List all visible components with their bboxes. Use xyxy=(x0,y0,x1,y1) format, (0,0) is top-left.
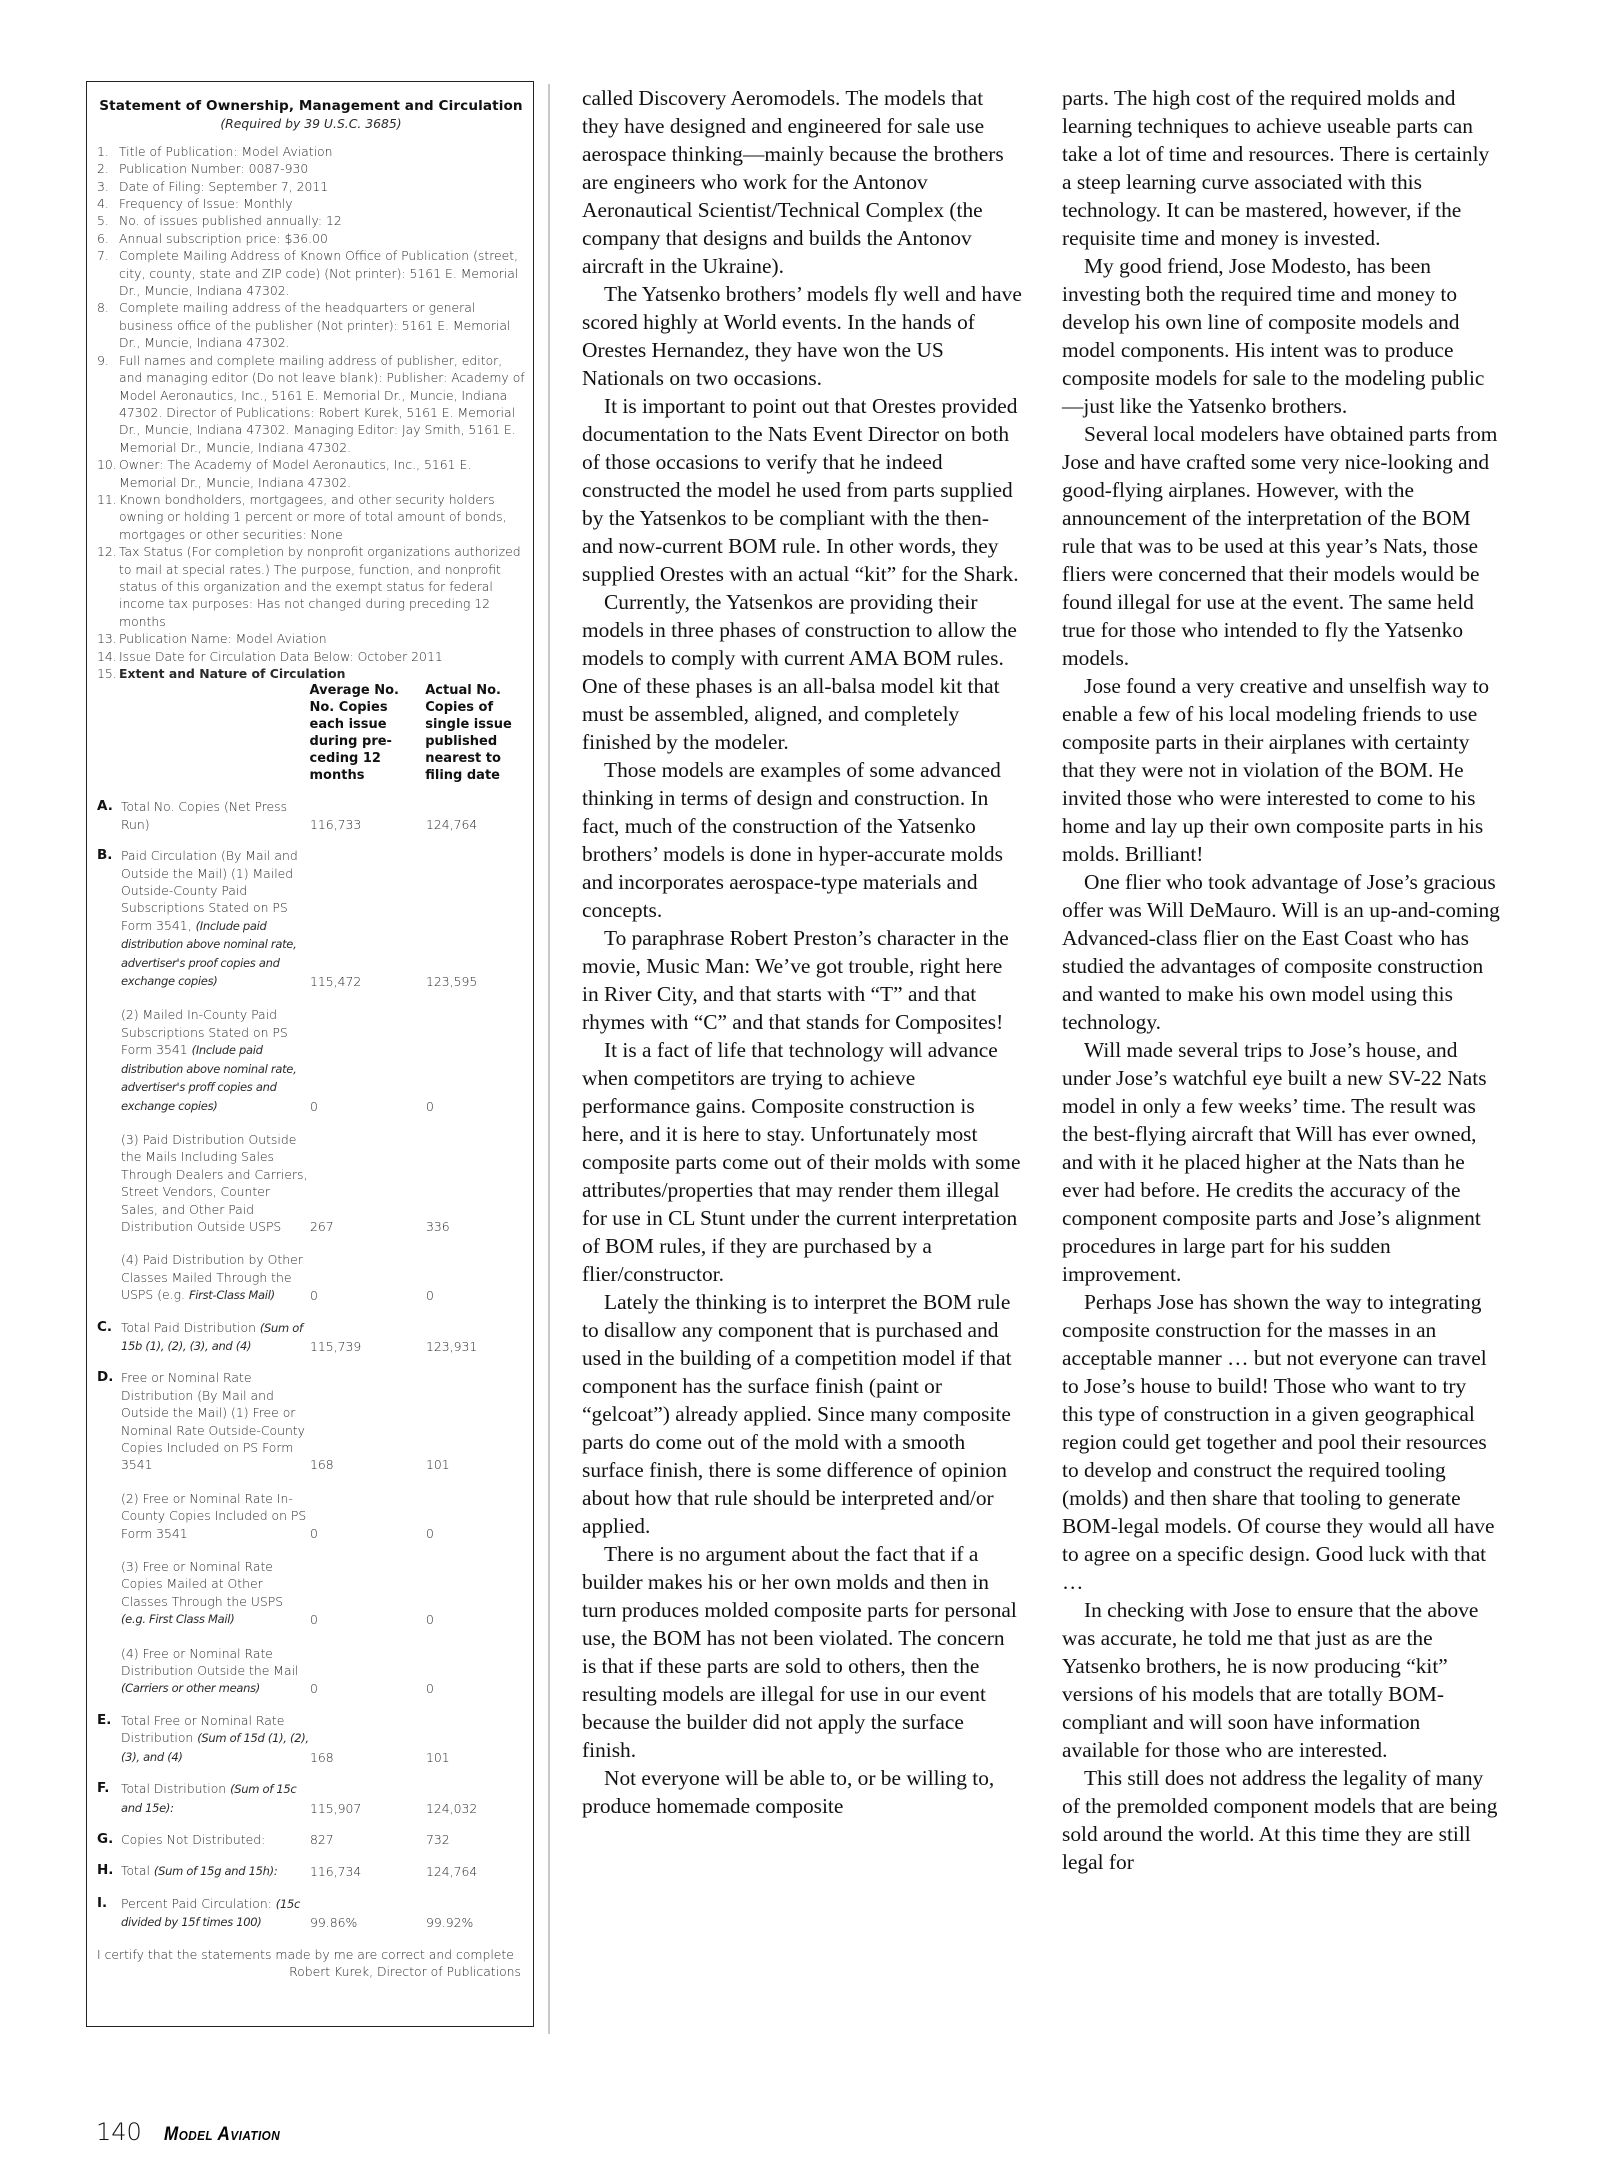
item-text: Issue Date for Circulation Data Below: O… xyxy=(119,648,525,665)
row-label-text: Total xyxy=(121,1863,150,1878)
article-paragraph: Not everyone will be able to, or be will… xyxy=(582,1764,1022,1820)
row-letter: D. xyxy=(97,1369,121,1386)
item-number: 12. xyxy=(97,543,119,630)
article-paragraph: The Yatsenko brothers’ models fly well a… xyxy=(582,280,1022,392)
column-divider xyxy=(548,84,550,2034)
item-text: Date of Filing: September 7, 2011 xyxy=(119,178,525,195)
statement-item: 3.Date of Filing: September 7, 2011 xyxy=(97,178,525,195)
article-paragraph: It is a fact of life that technology wil… xyxy=(582,1036,1022,1288)
row-letter: E. xyxy=(97,1712,121,1729)
actual-copies-header: Actual No. Copies of single issue publis… xyxy=(425,682,525,784)
row-label: (3) Free or Nominal Rate Copies Mailed a… xyxy=(121,1558,310,1629)
actual-copies-value: 101 xyxy=(426,1456,526,1473)
row-label-text: (2) Free or Nominal Rate In-County Copie… xyxy=(121,1491,306,1541)
row-note: First-Class Mail) xyxy=(189,1288,275,1302)
statement-item: 10.Owner: The Academy of Model Aeronauti… xyxy=(97,456,525,491)
row-label-text: Total No. Copies (Net Press Run) xyxy=(121,799,287,831)
row-label-text: (4) Free or Nominal Rate Distribution Ou… xyxy=(121,1646,298,1678)
item-number: 15. xyxy=(97,665,119,682)
actual-copies-value: 124,764 xyxy=(426,816,526,833)
avg-copies-value: 115,907 xyxy=(310,1800,426,1817)
item-number: 7. xyxy=(97,247,119,299)
avg-copies-value: 115,739 xyxy=(310,1338,426,1355)
circulation-row: C.Total Paid Distribution (Sum of 15b (1… xyxy=(97,1319,525,1356)
article-paragraph: Lately the thinking is to interpret the … xyxy=(582,1288,1022,1540)
statement-item: 13.Publication Name: Model Aviation xyxy=(97,630,525,647)
item-number: 6. xyxy=(97,230,119,247)
statement-item: 15.Extent and Nature of Circulation xyxy=(97,665,525,682)
row-label: Total Distribution (Sum of 15c and 15e): xyxy=(121,1780,310,1817)
circulation-row: (3) Paid Distribution Outside the Mails … xyxy=(97,1131,525,1235)
circulation-row: (3) Free or Nominal Rate Copies Mailed a… xyxy=(97,1558,525,1629)
statement-item: 7.Complete Mailing Address of Known Offi… xyxy=(97,247,525,299)
actual-copies-value: 0 xyxy=(426,1525,526,1542)
row-label: (2) Free or Nominal Rate In-County Copie… xyxy=(121,1490,310,1542)
statement-title: Statement of Ownership, Management and C… xyxy=(97,98,525,115)
statement-item: 1.Title of Publication: Model Aviation xyxy=(97,143,525,160)
item-text: Annual subscription price: $36.00 xyxy=(119,230,525,247)
article-paragraph: Perhaps Jose has shown the way to integr… xyxy=(1062,1288,1502,1596)
row-label: Free or Nominal Rate Distribution (By Ma… xyxy=(121,1369,310,1473)
item-number: 8. xyxy=(97,299,119,351)
avg-copies-value: 0 xyxy=(310,1098,426,1115)
item-text: Title of Publication: Model Aviation xyxy=(119,143,525,160)
actual-copies-value: 0 xyxy=(426,1098,526,1115)
row-label-text: (3) Paid Distribution Outside the Mails … xyxy=(121,1132,307,1234)
row-letter: I. xyxy=(97,1895,121,1912)
item-number: 5. xyxy=(97,212,119,229)
statement-item: 6.Annual subscription price: $36.00 xyxy=(97,230,525,247)
circulation-rows: A.Total No. Copies (Net Press Run)116,73… xyxy=(97,798,525,1931)
statement-item: 5.No. of issues published annually: 12 xyxy=(97,212,525,229)
avg-copies-value: 267 xyxy=(310,1218,426,1235)
statement-items: 1.Title of Publication: Model Aviation2.… xyxy=(97,143,525,683)
article-paragraph: In checking with Jose to ensure that the… xyxy=(1062,1596,1502,1764)
article-paragraph: Several local modelers have obtained par… xyxy=(1062,420,1502,672)
item-text: Tax Status (For completion by nonprofit … xyxy=(119,543,525,630)
circulation-row: G.Copies Not Distributed:827732 xyxy=(97,1831,525,1848)
statement-item: 9.Full names and complete mailing addres… xyxy=(97,352,525,456)
circulation-row: A.Total No. Copies (Net Press Run)116,73… xyxy=(97,798,525,833)
actual-copies-value: 123,931 xyxy=(426,1338,526,1355)
item-text: Known bondholders, mortgagees, and other… xyxy=(119,491,525,543)
certification-text: I certify that the statements made by me… xyxy=(97,1946,525,1963)
actual-copies-value: 123,595 xyxy=(426,973,526,990)
row-label: Total Paid Distribution (Sum of 15b (1),… xyxy=(121,1319,310,1356)
item-text: Extent and Nature of Circulation xyxy=(119,665,525,682)
statement-item: 2.Publication Number: 0087-930 xyxy=(97,160,525,177)
article-paragraph: parts. The high cost of the required mol… xyxy=(1062,84,1502,252)
actual-copies-value: 0 xyxy=(426,1287,526,1304)
row-label-text: (3) Free or Nominal Rate Copies Mailed a… xyxy=(121,1559,283,1609)
article-paragraph: One flier who took advantage of Jose’s g… xyxy=(1062,868,1502,1036)
row-label: (4) Free or Nominal Rate Distribution Ou… xyxy=(121,1645,310,1698)
row-label: Total Free or Nominal Rate Distribution … xyxy=(121,1712,310,1766)
circulation-row: (4) Paid Distribution by Other Classes M… xyxy=(97,1251,525,1304)
item-number: 1. xyxy=(97,143,119,160)
article-paragraph: Currently, the Yatsenkos are providing t… xyxy=(582,588,1022,756)
avg-copies-value: 0 xyxy=(310,1680,426,1697)
item-number: 2. xyxy=(97,160,119,177)
avg-copies-value: 116,733 xyxy=(310,816,426,833)
circulation-column-headers: Average No. No. Copies each issue during… xyxy=(97,682,525,784)
page-footer: 140 Model Aviation xyxy=(96,2118,293,2146)
row-label-text: Copies Not Distributed: xyxy=(121,1832,265,1847)
article-column-2: parts. The high cost of the required mol… xyxy=(1062,84,1502,1876)
actual-copies-value: 732 xyxy=(426,1831,526,1848)
article-paragraph: Will made several trips to Jose’s house,… xyxy=(1062,1036,1502,1288)
avg-copies-value: 0 xyxy=(310,1287,426,1304)
statement-of-ownership-box: Statement of Ownership, Management and C… xyxy=(86,81,534,2027)
row-label-text: Total Distribution xyxy=(121,1781,226,1796)
item-number: 10. xyxy=(97,456,119,491)
circulation-row: I.Percent Paid Circulation: (15c divided… xyxy=(97,1895,525,1932)
item-text: No. of issues published annually: 12 xyxy=(119,212,525,229)
item-text: Publication Name: Model Aviation xyxy=(119,630,525,647)
row-label-text: Free or Nominal Rate Distribution (By Ma… xyxy=(121,1370,305,1472)
row-label: (4) Paid Distribution by Other Classes M… xyxy=(121,1251,310,1304)
row-letter: C. xyxy=(97,1319,121,1336)
row-label: Copies Not Distributed: xyxy=(121,1831,310,1848)
article-paragraph: Jose found a very creative and unselfish… xyxy=(1062,672,1502,868)
row-label: (3) Paid Distribution Outside the Mails … xyxy=(121,1131,310,1235)
avg-copies-value: 99.86% xyxy=(310,1914,426,1931)
avg-copies-value: 0 xyxy=(310,1525,426,1542)
row-letter: G. xyxy=(97,1831,121,1848)
statement-item: 8.Complete mailing address of the headqu… xyxy=(97,299,525,351)
avg-copies-value: 115,472 xyxy=(310,973,426,990)
article-paragraph: My good friend, Jose Modesto, has been i… xyxy=(1062,252,1502,420)
article-paragraph: Those models are examples of some advanc… xyxy=(582,756,1022,924)
article-paragraph: There is no argument about the fact that… xyxy=(582,1540,1022,1764)
row-letter: B. xyxy=(97,847,121,864)
item-text: Complete mailing address of the headquar… xyxy=(119,299,525,351)
row-note: (e.g. First Class Mail) xyxy=(121,1612,234,1626)
actual-copies-value: 0 xyxy=(426,1611,526,1628)
article-paragraph: It is important to point out that Oreste… xyxy=(582,392,1022,588)
item-text: Publication Number: 0087-930 xyxy=(119,160,525,177)
item-text: Frequency of Issue: Monthly xyxy=(119,195,525,212)
avg-copies-value: 827 xyxy=(310,1831,426,1848)
actual-copies-value: 124,032 xyxy=(426,1800,526,1817)
row-letter: F. xyxy=(97,1780,121,1797)
row-letter: H. xyxy=(97,1862,121,1879)
statement-item: 14.Issue Date for Circulation Data Below… xyxy=(97,648,525,665)
avg-copies-value: 0 xyxy=(310,1611,426,1628)
circulation-row: (2) Free or Nominal Rate In-County Copie… xyxy=(97,1490,525,1542)
circulation-row: (4) Free or Nominal Rate Distribution Ou… xyxy=(97,1645,525,1698)
article-paragraph: To paraphrase Robert Preston’s character… xyxy=(582,924,1022,1036)
avg-copies-header: Average No. No. Copies each issue during… xyxy=(310,682,426,784)
page-number: 140 xyxy=(96,2118,142,2146)
actual-copies-value: 124,764 xyxy=(426,1863,526,1880)
row-label-text: Total Paid Distribution xyxy=(121,1320,256,1335)
row-label: (2) Mailed In-County Paid Subscriptions … xyxy=(121,1006,310,1114)
row-note: (Sum of 15g and 15h): xyxy=(154,1864,278,1878)
article-column-1: called Discovery Aeromodels. The models … xyxy=(582,84,1022,1820)
item-number: 11. xyxy=(97,491,119,543)
row-label: Paid Circulation (By Mail and Outside th… xyxy=(121,847,310,990)
item-number: 14. xyxy=(97,648,119,665)
circulation-row: D.Free or Nominal Rate Distribution (By … xyxy=(97,1369,525,1473)
signature: Robert Kurek, Director of Publications xyxy=(97,1963,525,1980)
circulation-row: E.Total Free or Nominal Rate Distributio… xyxy=(97,1712,525,1766)
article-paragraph: This still does not address the legality… xyxy=(1062,1764,1502,1876)
statement-item: 12.Tax Status (For completion by nonprof… xyxy=(97,543,525,630)
article-paragraph: called Discovery Aeromodels. The models … xyxy=(582,84,1022,280)
statement-item: 4.Frequency of Issue: Monthly xyxy=(97,195,525,212)
row-label: Percent Paid Circulation: (15c divided b… xyxy=(121,1895,310,1932)
row-label: Total (Sum of 15g and 15h): xyxy=(121,1862,310,1880)
avg-copies-value: 168 xyxy=(310,1456,426,1473)
item-text: Complete Mailing Address of Known Office… xyxy=(119,247,525,299)
statement-subtitle: (Required by 39 U.S.C. 3685) xyxy=(97,115,525,132)
item-text: Owner: The Academy of Model Aeronautics,… xyxy=(119,456,525,491)
item-number: 13. xyxy=(97,630,119,647)
circulation-row: (2) Mailed In-County Paid Subscriptions … xyxy=(97,1006,525,1114)
actual-copies-value: 0 xyxy=(426,1680,526,1697)
statement-item: 11.Known bondholders, mortgagees, and ot… xyxy=(97,491,525,543)
actual-copies-value: 99.92% xyxy=(426,1914,526,1931)
item-number: 9. xyxy=(97,352,119,456)
circulation-row: F.Total Distribution (Sum of 15c and 15e… xyxy=(97,1780,525,1817)
row-letter: A. xyxy=(97,798,121,815)
magazine-logo: Model Aviation xyxy=(164,2124,280,2146)
actual-copies-value: 336 xyxy=(426,1218,526,1235)
row-note: (Carriers or other means) xyxy=(121,1681,260,1695)
avg-copies-value: 168 xyxy=(310,1749,426,1766)
avg-copies-value: 116,734 xyxy=(310,1863,426,1880)
actual-copies-value: 101 xyxy=(426,1749,526,1766)
row-label: Total No. Copies (Net Press Run) xyxy=(121,798,310,833)
circulation-row: H.Total (Sum of 15g and 15h):116,734124,… xyxy=(97,1862,525,1880)
item-number: 3. xyxy=(97,178,119,195)
item-number: 4. xyxy=(97,195,119,212)
item-text: Full names and complete mailing address … xyxy=(119,352,525,456)
circulation-row: B.Paid Circulation (By Mail and Outside … xyxy=(97,847,525,990)
row-label-text: Percent Paid Circulation: xyxy=(121,1896,272,1911)
